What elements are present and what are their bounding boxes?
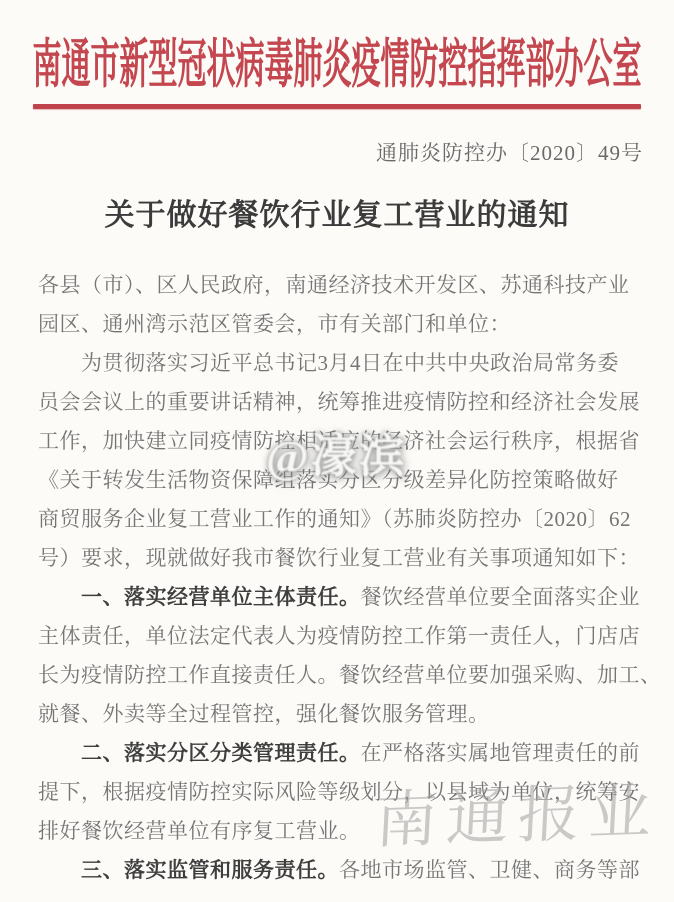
section-heading: 一、落实经营单位主体责任。 bbox=[81, 585, 361, 609]
body-line: 号）要求，现就做好我市餐饮行业复工营业有关事项通知如下： bbox=[38, 539, 638, 578]
body-line: 为贯彻落实习近平总书记3月4日在中共中央政治局常务委 bbox=[38, 344, 638, 383]
body-line-text: 主体责任，单位法定代表人为疫情防控工作第一责任人，门店店 bbox=[38, 624, 640, 648]
body-line-text: 为贯彻落实习近平总书记3月4日在中共中央政治局常务委 bbox=[81, 351, 619, 375]
body-line: 长为疫情防控工作直接责任人。餐饮经营单位要加强采购、加工、 bbox=[38, 656, 638, 695]
watermark-haobin: @濠滨 bbox=[266, 420, 407, 486]
body-line: 员会会议上的重要讲话精神，统筹推进疫情防控和经济社会发展 bbox=[38, 383, 638, 422]
body-line: 商贸服务企业复工营业工作的通知》（苏肺炎防控办〔2020〕62 bbox=[38, 500, 638, 539]
body-line-text: 长为疫情防控工作直接责任人。餐饮经营单位要加强采购、加工、 bbox=[38, 663, 662, 687]
body-line-text: 号）要求，现就做好我市餐饮行业复工营业有关事项通知如下： bbox=[38, 546, 640, 570]
body-line-text: 员会会议上的重要讲话精神，统筹推进疫情防控和经济社会发展 bbox=[38, 390, 640, 414]
watermark-nantong-press: 南通报业 bbox=[373, 761, 662, 860]
body-line: 主体责任，单位法定代表人为疫情防控工作第一责任人，门店店 bbox=[38, 617, 638, 656]
body-line-text: 就餐、外卖等全过程管控，强化餐饮服务管理。 bbox=[38, 702, 490, 726]
body-line-text: 在严格落实属地管理责任的前 bbox=[361, 741, 641, 765]
notice-title: 关于做好餐饮行业复工营业的通知 bbox=[0, 190, 674, 234]
red-divider-line bbox=[33, 104, 641, 109]
document-page: 南通市新型冠状病毒肺炎疫情防控指挥部办公室 通肺炎防控办〔2020〕49号 关于… bbox=[0, 0, 674, 902]
body-line-text: 各地市场监管、卫健、商务等部 bbox=[339, 858, 640, 882]
body-line: 园区、通州湾示范区管委会，市有关部门和单位： bbox=[38, 305, 638, 344]
body-line-text: 餐饮经营单位要全面落实企业 bbox=[361, 585, 641, 609]
section-heading: 二、落实分区分类管理责任。 bbox=[81, 741, 361, 765]
body-line-text: 园区、通州湾示范区管委会，市有关部门和单位： bbox=[38, 312, 511, 336]
body-line: 一、落实经营单位主体责任。餐饮经营单位要全面落实企业 bbox=[38, 578, 638, 617]
body-line-text: 商贸服务企业复工营业工作的通知》（苏肺炎防控办〔2020〕62 bbox=[38, 507, 631, 531]
body-line-text: 各县（市）、区人民政府，南通经济技术开发区、苏通科技产业 bbox=[38, 273, 630, 297]
body-line: 各县（市）、区人民政府，南通经济技术开发区、苏通科技产业 bbox=[38, 266, 638, 305]
body-line-text: 排好餐饮经营单位有序复工营业。 bbox=[38, 819, 361, 843]
letterhead-title: 南通市新型冠状病毒肺炎疫情防控指挥部办公室 bbox=[0, 24, 674, 99]
document-number: 通肺炎防控办〔2020〕49号 bbox=[376, 137, 643, 167]
body-line: 三、落实监管和服务责任。各地市场监管、卫健、商务等部 bbox=[38, 851, 638, 890]
body-line: 就餐、外卖等全过程管控，强化餐饮服务管理。 bbox=[38, 695, 638, 734]
section-heading: 三、落实监管和服务责任。 bbox=[81, 858, 339, 882]
